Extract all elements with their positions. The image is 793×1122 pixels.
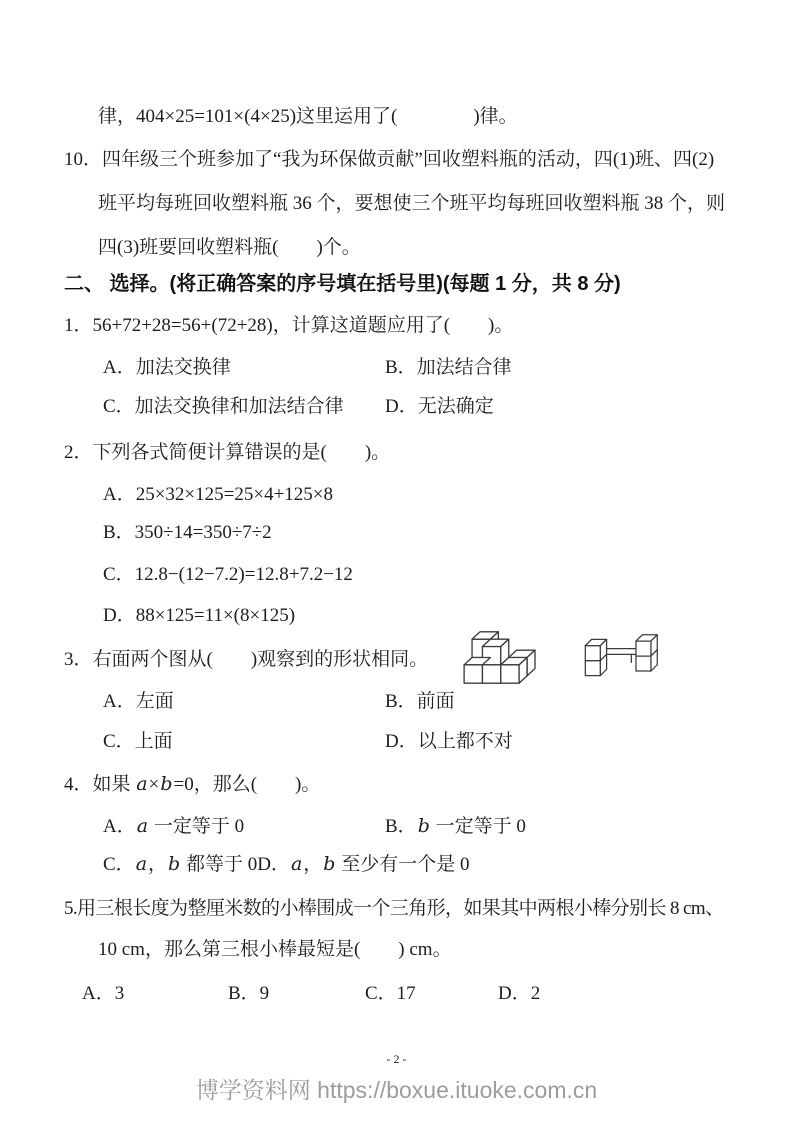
q4-var-b: b bbox=[159, 773, 173, 795]
q5-option-a: A．3 bbox=[82, 982, 124, 1006]
q1-option-d: D．无法确定 bbox=[385, 395, 494, 419]
q4-option-b: B．b 一定等于 0 bbox=[385, 815, 526, 839]
q4-option-c-label: C． bbox=[103, 854, 135, 875]
q5-option-c: C．17 bbox=[365, 982, 416, 1006]
q4-option-b-text: 一定等于 0 bbox=[431, 816, 526, 837]
q1-stem: 1．56+72+28=56+(72+28)，计算这道题应用了( )。 bbox=[64, 314, 513, 338]
q4-option-a-text: 一定等于 0 bbox=[149, 816, 244, 837]
q4-option-c-d: C．a，b 都等于 0D．a，b 至少有一个是 0 bbox=[103, 853, 469, 877]
q4-option-d-comma: ， bbox=[303, 854, 322, 875]
q4-option-d-label: D． bbox=[257, 854, 290, 875]
q4-times-sign: × bbox=[149, 774, 160, 795]
test-paper-page: 律，404×25=101×(4×25)这里运用了( )律。 10．四年级三个班参… bbox=[0, 0, 793, 1122]
q3-option-d: D．以上都不对 bbox=[385, 730, 513, 754]
q2-stem: 2．下列各式简便计算错误的是( )。 bbox=[64, 441, 390, 465]
watermark-text: 博学资料网 https://boxue.ituoke.com.cn bbox=[0, 1072, 793, 1105]
q4-option-c-var2: b bbox=[167, 853, 181, 875]
q4-option-b-label: B． bbox=[385, 816, 417, 837]
q4-var-a: a bbox=[135, 773, 148, 795]
page-number: - 2 - bbox=[0, 1052, 793, 1067]
q5-option-b: B．9 bbox=[228, 982, 269, 1006]
q1-option-a: A．加法交换律 bbox=[103, 356, 231, 380]
q5-option-d: D．2 bbox=[498, 982, 540, 1006]
q4-option-b-var: b bbox=[417, 815, 431, 837]
cube-stack-figure bbox=[456, 630, 537, 685]
q4-stem: 4．如果 a×b=0，那么( )。 bbox=[64, 773, 320, 797]
q4-option-d-var1: a bbox=[290, 853, 303, 875]
q3-option-a: A．左面 bbox=[103, 690, 174, 714]
question-10-line-2: 班平均每班回收塑料瓶 36 个，要想使三个班平均每班回收塑料瓶 38 个，则 bbox=[98, 192, 725, 216]
q4-option-a-label: A． bbox=[103, 816, 136, 837]
q3-stem: 3．右面两个图从( )观察到的形状相同。 bbox=[64, 648, 428, 672]
question-10-line-3: 四(3)班要回收塑料瓶( )个。 bbox=[98, 236, 361, 260]
q3-option-b: B．前面 bbox=[385, 690, 455, 714]
q4-option-c-var1: a bbox=[135, 853, 148, 875]
q4-option-a: A．a 一定等于 0 bbox=[103, 815, 244, 839]
q4-option-d-text: 至少有一个是 0 bbox=[336, 854, 469, 875]
q2-option-a: A．25×32×125=25×4+125×8 bbox=[103, 483, 333, 507]
question-10-line-1: 10．四年级三个班参加了“我为环保做贡献”回收塑料瓶的活动，四(1)班、四(2) bbox=[64, 148, 714, 172]
cube-towers-figure bbox=[583, 634, 659, 677]
question-9-tail-line: 律，404×25=101×(4×25)这里运用了( )律。 bbox=[98, 105, 518, 129]
q2-option-d: D．88×125=11×(8×125) bbox=[103, 604, 295, 628]
q2-option-c: C．12.8−(12−7.2)=12.8+7.2−12 bbox=[103, 563, 353, 587]
section-2-heading: 二、 选择。(将正确答案的序号填在括号里)(每题 1 分，共 8 分) bbox=[64, 272, 621, 297]
q4-option-d-var2: b bbox=[322, 853, 336, 875]
q1-option-c: C．加法交换律和加法结合律 bbox=[103, 395, 344, 419]
q5-line-2: 10 cm，那么第三根小棒最短是( ) cm。 bbox=[98, 938, 452, 962]
q4-option-c-comma: ， bbox=[148, 854, 167, 875]
q2-option-b: B．350÷14=350÷7÷2 bbox=[103, 521, 272, 545]
q4-stem-text-end: =0，那么( )。 bbox=[173, 774, 320, 795]
q3-option-c: C．上面 bbox=[103, 730, 173, 754]
q4-stem-text: 4．如果 bbox=[64, 774, 135, 795]
q4-option-c-text: 都等于 0 bbox=[181, 854, 257, 875]
q4-option-a-var: a bbox=[136, 815, 149, 837]
q5-line-1: 5.用三根长度为整厘米数的小棒围成一个三角形，如果其中两根小棒分别长 8 cm、 bbox=[64, 897, 723, 921]
q1-option-b: B．加法结合律 bbox=[385, 356, 512, 380]
